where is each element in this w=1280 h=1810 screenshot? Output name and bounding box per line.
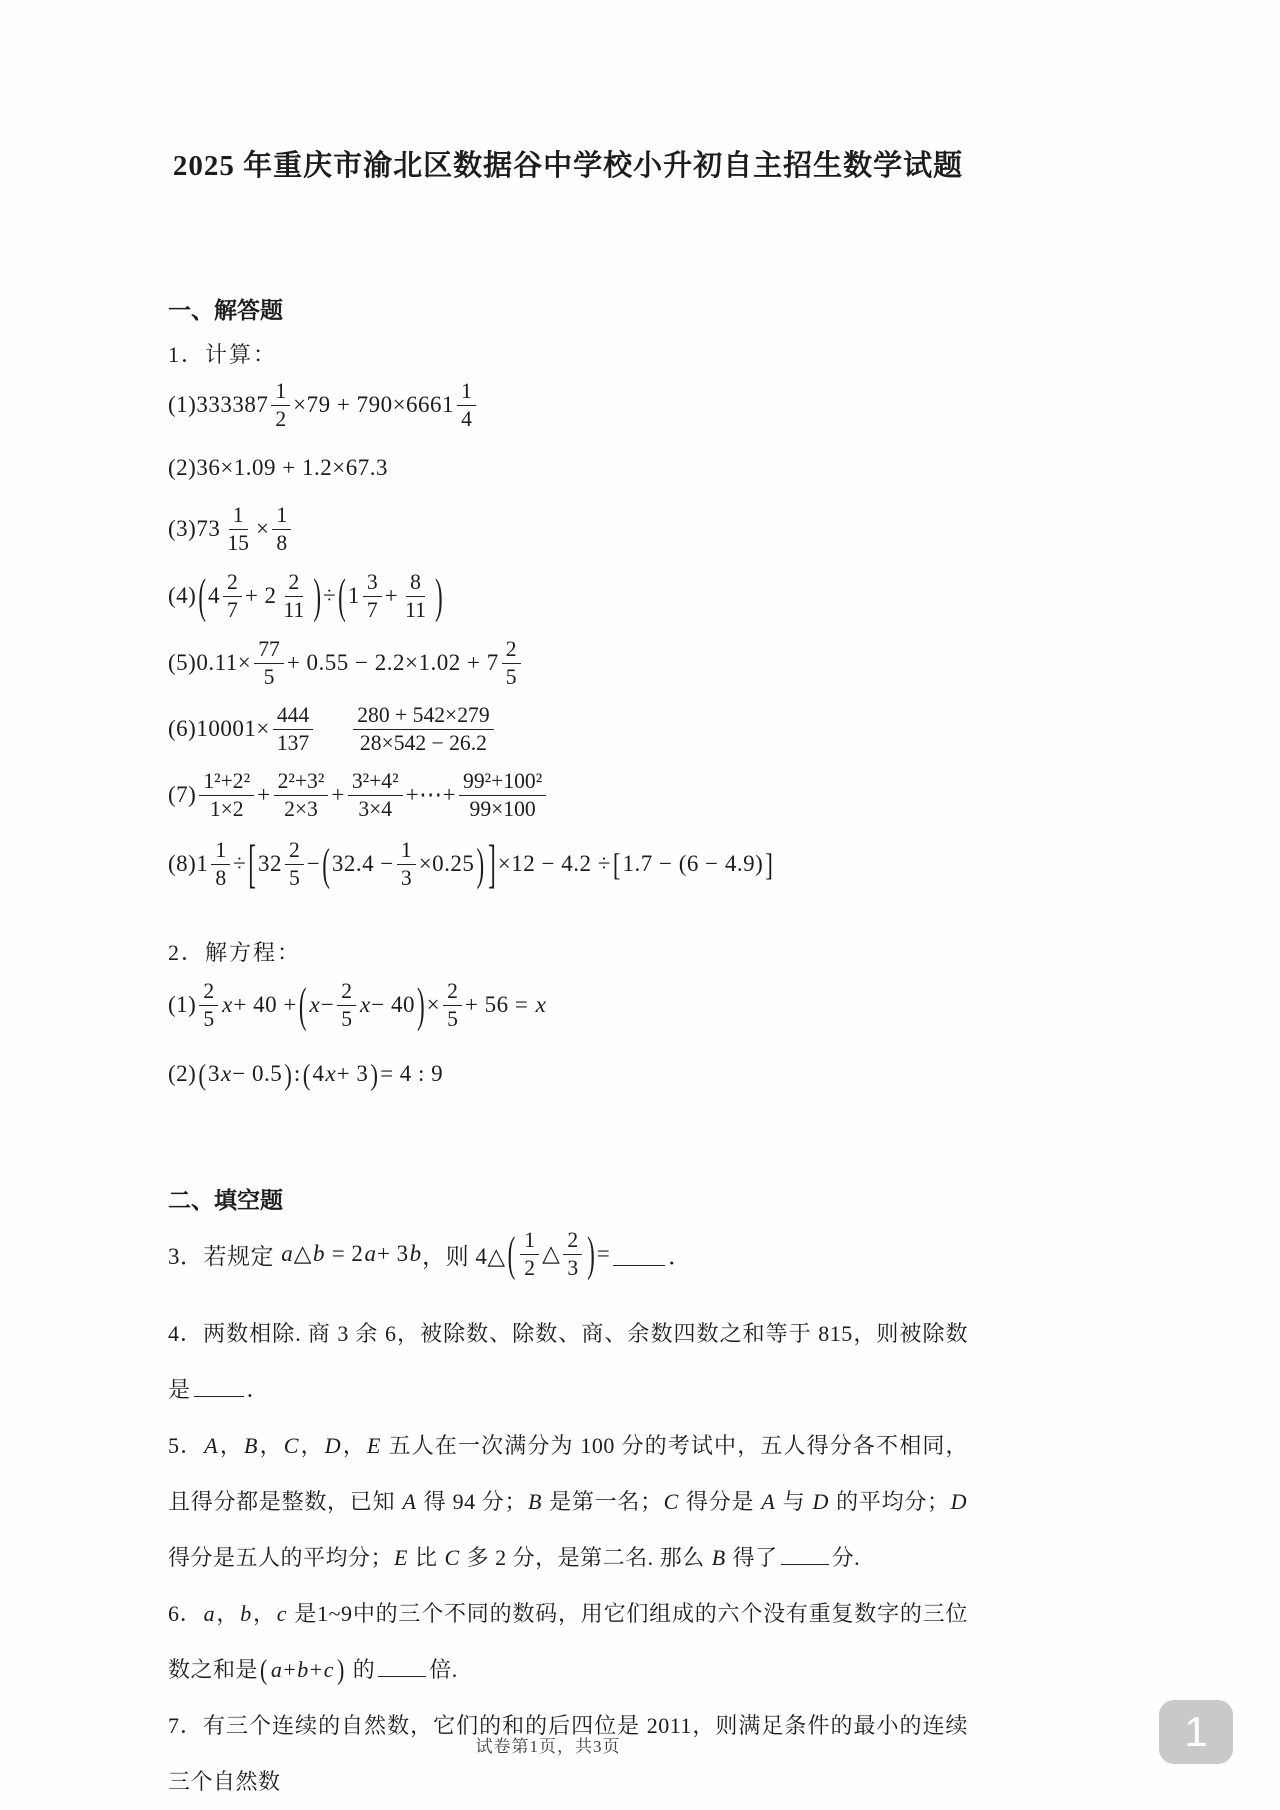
calc-expression-7: (7)1²+2²1×2+2²+3²2×3+3²+4²3×4+⋯+99²+100²… bbox=[168, 762, 968, 828]
calc-expression-5: (5)0.11×775+ 0.55 − 2.2×1.02 + 725 bbox=[168, 630, 968, 696]
question-1-label: 1．计算： bbox=[168, 340, 968, 370]
equation-2: (2)(3x− 0.5):(4x+ 3)= 4 : 9 bbox=[168, 1042, 968, 1106]
calc-expression-4: (4)(427+ 2211)÷(137+811) bbox=[168, 562, 968, 630]
calc-expression-1: (1)33338712×79 + 790×666114 bbox=[168, 370, 968, 440]
calc-expression-3: (3)73115×18 bbox=[168, 496, 968, 562]
section-1-heading: 一、解答题 bbox=[168, 296, 968, 326]
page-title: 2025 年重庆市渝北区数据谷中学校小升初自主招生数学试题 bbox=[168, 0, 968, 186]
fill-blank-problem-3: 3．若规定 a△b = 2a+ 3b，则 4△(12△23)=． bbox=[168, 1216, 968, 1292]
section-2-heading: 二、填空题 bbox=[168, 1186, 968, 1216]
page-footer: 试卷第1页，共3页 bbox=[168, 1732, 928, 1757]
calc-expression-6: (6)10001×444137280 + 542×27928×542 − 26.… bbox=[168, 696, 968, 762]
exam-paper-page: 2025 年重庆市渝北区数据谷中学校小升初自主招生数学试题 一、解答题 1．计算… bbox=[0, 0, 1280, 1810]
fill-blank-problem-4: 4．两数相除. 商 3 余 6，被除数、除数、商、余数四数之和等于 815，则被… bbox=[168, 1306, 968, 1418]
calc-expression-8: (8)118÷[3225−(32.4 −13×0.25)]×12 − 4.2 ÷… bbox=[168, 828, 968, 900]
fill-blank-problem-5: 5．A，B，C，D，E 五人在一次满分为 100 分的考试中，五人得分各不相同，… bbox=[168, 1418, 968, 1586]
fill-blank-problem-6: 6．a，b，c 是1~9中的三个不同的数码，用它们组成的六个没有重复数字的三位数… bbox=[168, 1586, 968, 1698]
page-content: 一、解答题 1．计算： (1)33338712×79 + 790×666114 … bbox=[168, 296, 968, 1810]
equation-1: (1)25x+ 40 +(x−25x− 40)×25+ 56 = x bbox=[168, 968, 968, 1042]
page-number-badge[interactable]: 1 bbox=[1159, 1700, 1233, 1764]
calc-expression-2: (2)36×1.09 + 1.2×67.3 bbox=[168, 440, 968, 496]
question-2-label: 2．解方程： bbox=[168, 938, 968, 968]
